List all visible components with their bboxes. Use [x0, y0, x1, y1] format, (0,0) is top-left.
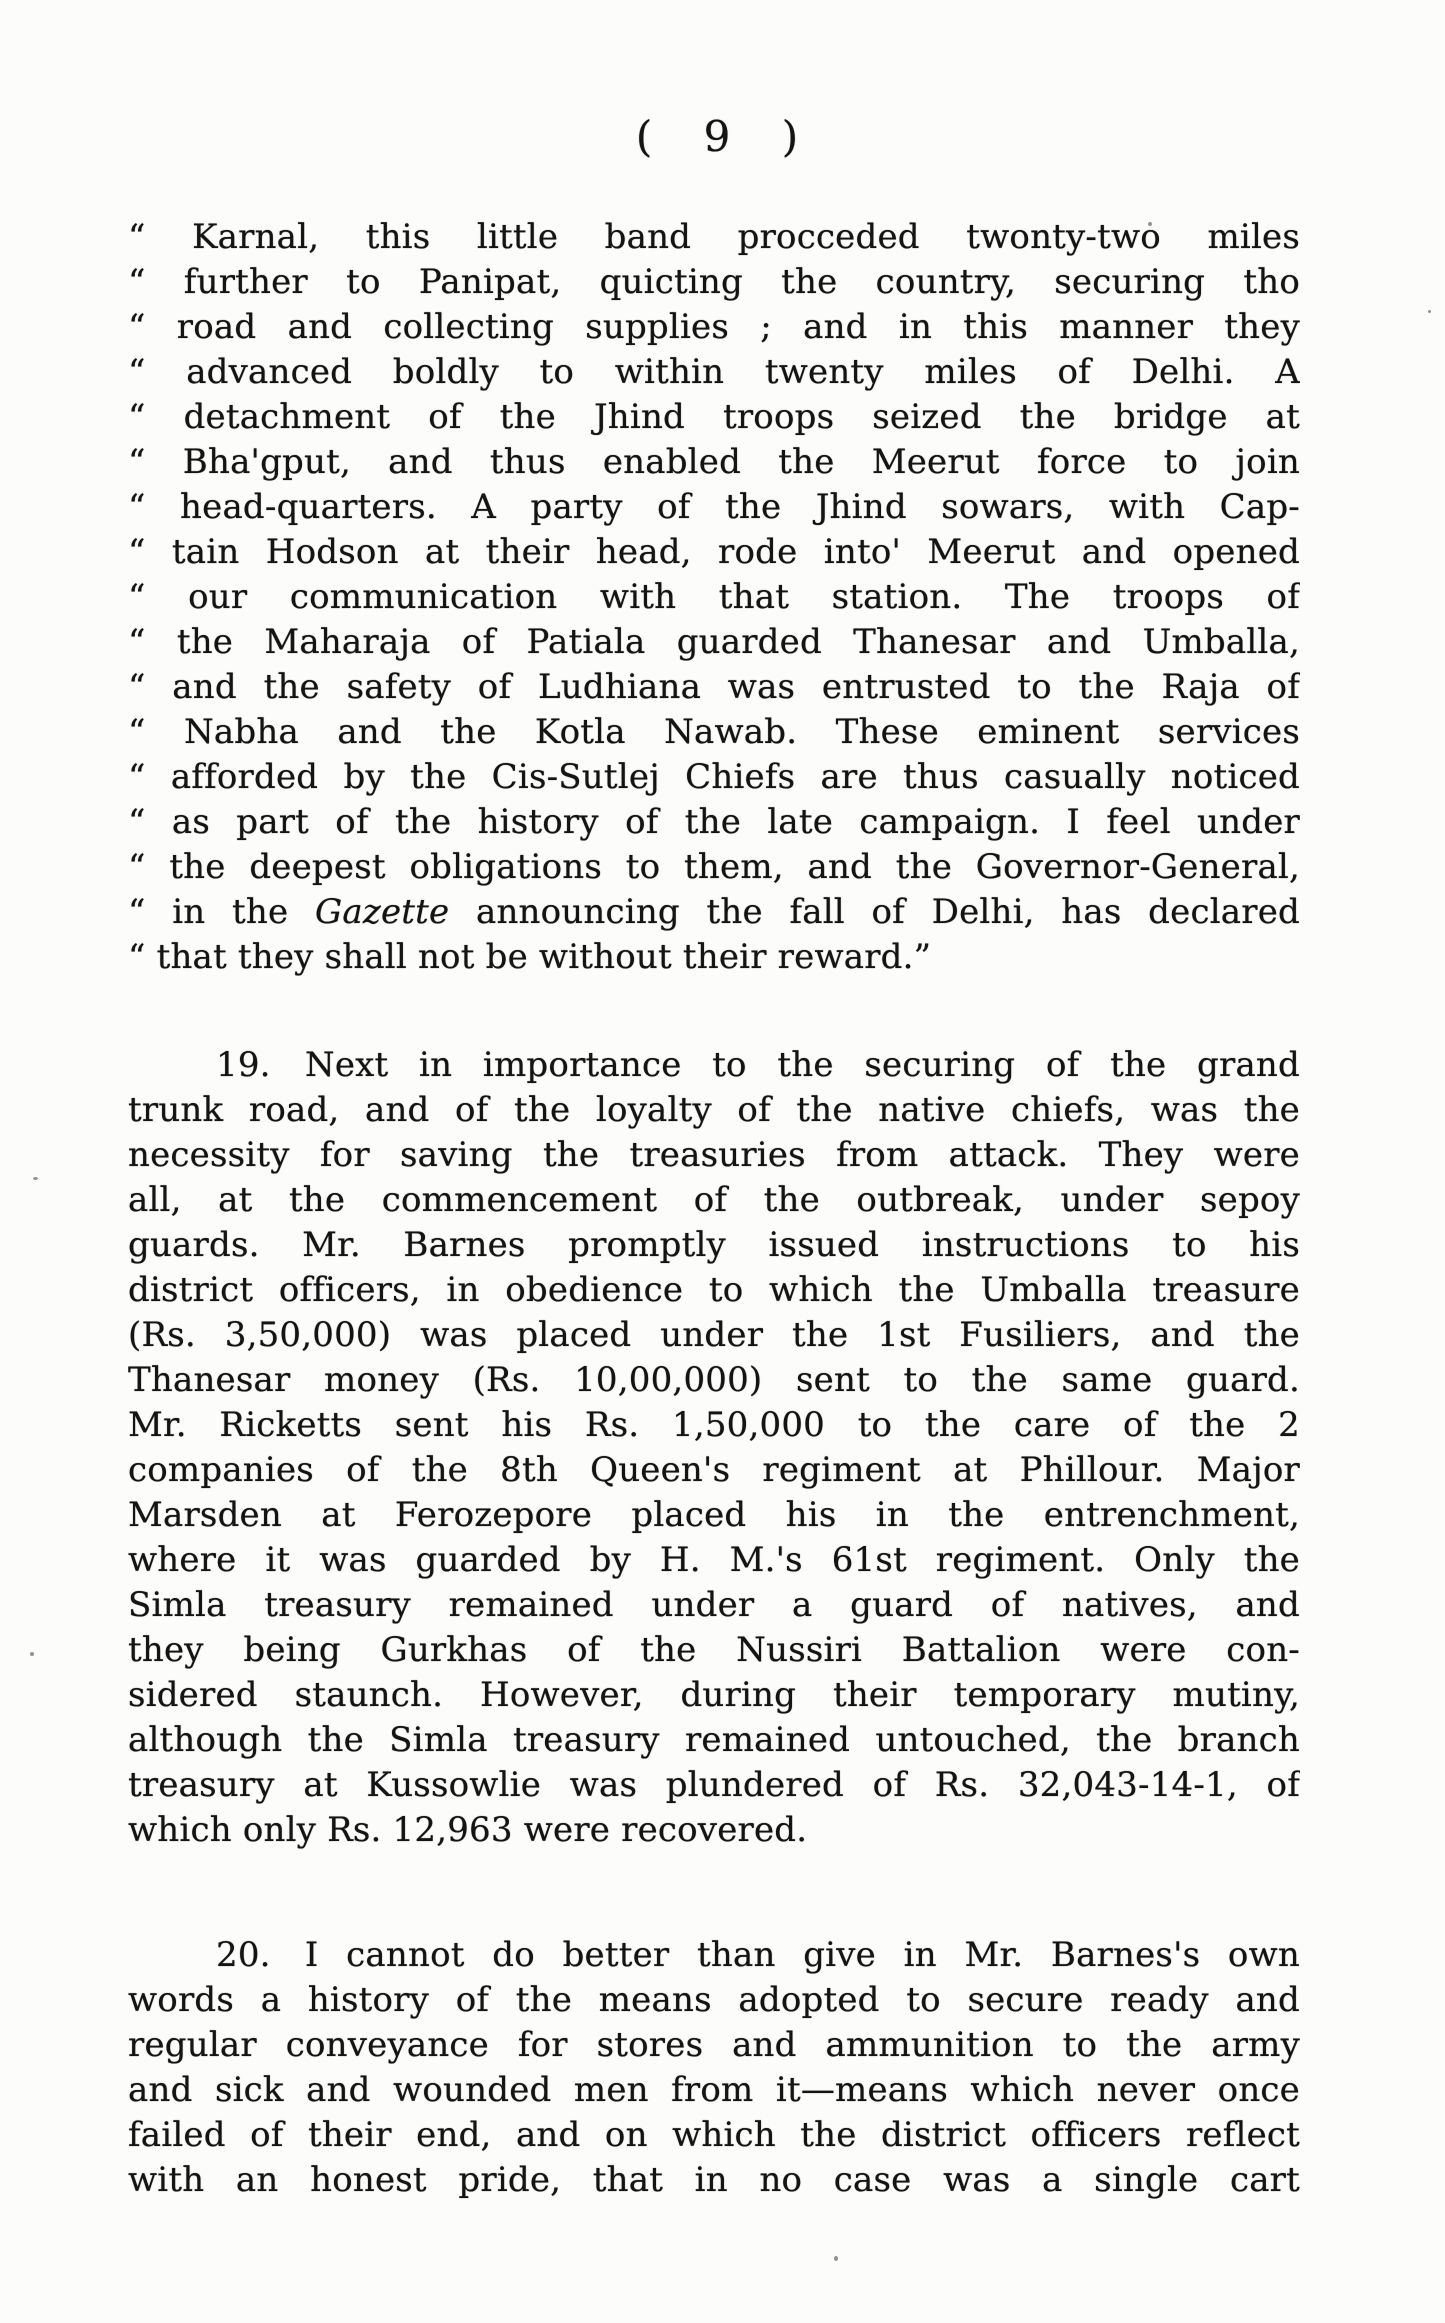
quote-line: “ tain Hodson at their head, rode into' …: [128, 530, 1300, 575]
paragraph-line: trunk road, and of the loyalty of the na…: [128, 1088, 1300, 1133]
paragraph-19: 19. Next in importance to the securing o…: [128, 1043, 1300, 1853]
paragraph-line: district officers, in obedience to which…: [128, 1268, 1300, 1313]
quoted-passage: “ Karnal, this little band procceded two…: [128, 215, 1300, 980]
paragraph-line: and sick and wounded men from it—means w…: [128, 2068, 1300, 2113]
paragraph-line: 19. Next in importance to the securing o…: [128, 1043, 1300, 1088]
quote-line: “ road and collecting supplies ; and in …: [128, 305, 1300, 350]
paragraph-line: they being Gurkhas of the Nussiri Battal…: [128, 1628, 1300, 1673]
paragraph-line: companies of the 8th Queen's regiment at…: [128, 1448, 1300, 1493]
quote-line: “ afforded by the Cis-Sutlej Chiefs are …: [128, 755, 1300, 800]
paragraph-line: where it was guarded by H. M.'s 61st reg…: [128, 1538, 1300, 1583]
paragraph-line: necessity for saving the treasuries from…: [128, 1133, 1300, 1178]
paragraph-line: guards. Mr. Barnes promptly issued instr…: [128, 1223, 1300, 1268]
quote-text-post: announcing the fall of Delhi, has declar…: [476, 892, 1300, 932]
quote-line: “ as part of the history of the late cam…: [128, 800, 1300, 845]
quote-line: “ the Maharaja of Patiala guarded Thanes…: [128, 620, 1300, 665]
paragraph-line: words a history of the means adopted to …: [128, 1978, 1300, 2023]
paragraph-line: treasury at Kussowlie was plundered of R…: [128, 1763, 1300, 1808]
quote-line: “ Karnal, this little band procceded two…: [128, 215, 1300, 260]
paragraph-line: all, at the commencement of the outbreak…: [128, 1178, 1300, 1223]
paragraph-20: 20. I cannot do better than give in Mr. …: [128, 1933, 1300, 2203]
quote-line-gazette: “ in the Gazette announcing the fall of …: [128, 890, 1300, 935]
paragraph-line: 20. I cannot do better than give in Mr. …: [128, 1933, 1300, 1978]
scan-speck: [30, 1652, 34, 1656]
quote-text-pre: “ in the: [128, 892, 288, 932]
scan-speck: [1428, 310, 1431, 313]
scan-speck: [33, 1177, 38, 1180]
scanned-document-page: ( 9 ) “ Karnal, this little band procced…: [0, 0, 1445, 2323]
paragraph-line: with an honest pride, that in no case wa…: [128, 2158, 1300, 2203]
quote-line: “ head-quarters. A party of the Jhind so…: [128, 485, 1300, 530]
quote-line: “ further to Panipat, quicting the count…: [128, 260, 1300, 305]
paragraph-line: Marsden at Ferozepore placed his in the …: [128, 1493, 1300, 1538]
quote-line: “ Bha'gput, and thus enabled the Meerut …: [128, 440, 1300, 485]
paragraph-line: although the Simla treasury remained unt…: [128, 1718, 1300, 1763]
scan-speck: [834, 2256, 838, 2261]
quote-line: “ advanced boldly to within twenty miles…: [128, 350, 1300, 395]
quote-line: “ the deepest obligations to them, and t…: [128, 845, 1300, 890]
quote-line: “ that they shall not be without their r…: [128, 935, 1300, 980]
paragraph-line: Simla treasury remained under a guard of…: [128, 1583, 1300, 1628]
paragraph-line: regular conveyance for stores and ammuni…: [128, 2023, 1300, 2068]
paragraph-line: Thanesar money (Rs. 10,00,000) sent to t…: [128, 1358, 1300, 1403]
quote-line: “ our communication with that station. T…: [128, 575, 1300, 620]
gazette-italic-word: Gazette: [315, 892, 449, 932]
quote-line: “ detachment of the Jhind troops seized …: [128, 395, 1300, 440]
paragraph-line: Mr. Ricketts sent his Rs. 1,50,000 to th…: [128, 1403, 1300, 1448]
scan-speck: [1148, 222, 1152, 226]
paragraph-line: which only Rs. 12,963 were recovered.: [128, 1808, 1300, 1853]
paragraph-line: sidered staunch. However, during their t…: [128, 1673, 1300, 1718]
quote-line: “ and the safety of Ludhiana was entrust…: [128, 665, 1300, 710]
quote-line: “ Nabha and the Kotla Nawab. These emine…: [128, 710, 1300, 755]
paragraph-line: (Rs. 3,50,000) was placed under the 1st …: [128, 1313, 1300, 1358]
paragraph-line: failed of their end, and on which the di…: [128, 2113, 1300, 2158]
page-number: ( 9 ): [0, 112, 1440, 161]
